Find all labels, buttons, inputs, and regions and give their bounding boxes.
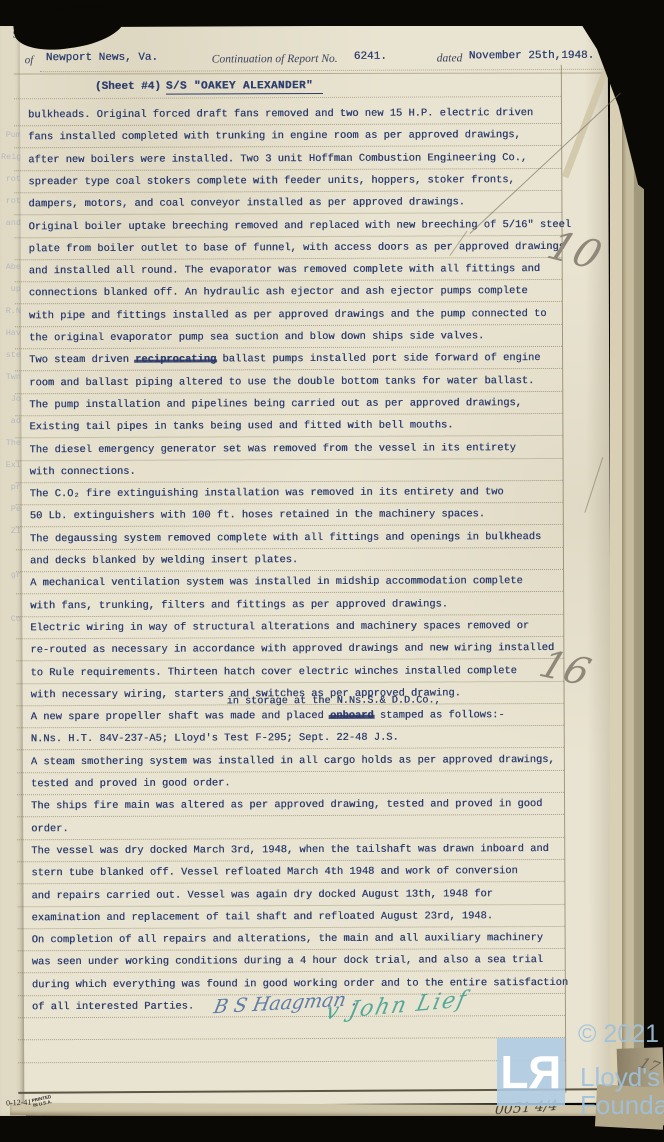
header-dated-label: dated	[437, 52, 463, 64]
typed-line: The C.O₂ fire extinguishing installation…	[16, 482, 563, 505]
sheet-title: (Sheet #4) S/S "OAKEY ALEXANDER"	[20, 79, 608, 82]
typed-line: fans installed completed with trunking i…	[14, 125, 561, 148]
typed-line: The ships fire main was altered as per a…	[17, 794, 564, 817]
typed-line: and decks blanked by welding insert plat…	[16, 549, 563, 572]
page-stack-edge	[622, 28, 634, 1110]
typed-line: Existing tail pipes in tanks being used …	[15, 415, 562, 438]
typed-line: with connections.	[16, 460, 563, 483]
typed-line: Electric wiring in way of structural alt…	[16, 616, 563, 639]
typed-line: The pump installation and pipelines bein…	[15, 393, 562, 416]
typed-line: A steam smothering system was installed …	[17, 750, 564, 773]
document-page: 9a. of Newport News, Va. Continuation of…	[20, 25, 613, 1106]
header-of-label: of	[25, 54, 34, 66]
struck-text: reciprocating	[135, 354, 216, 366]
lloyds-register-logo: L R	[497, 1038, 565, 1106]
struck-text: onboard	[330, 710, 374, 722]
typed-line: room and ballast piping altered to use t…	[15, 371, 562, 394]
typed-line: order.	[17, 817, 564, 840]
typed-line: tested and proved in good order.	[17, 772, 564, 795]
typed-line: bulkheads. Original forced draft fans re…	[14, 103, 561, 126]
print-code: 0-12-41	[6, 1098, 32, 1108]
typed-line	[18, 1017, 565, 1040]
typed-line: The diesel emergency generator set was r…	[15, 437, 562, 460]
header-continuation-label: Continuation of Report No.	[212, 53, 338, 66]
typed-line: connections blanked off. An hydraulic as…	[15, 281, 562, 304]
logo-letter-r: R	[528, 1038, 561, 1106]
typed-line: in storage at the N.Ns.S.& D.D.Co.,A new…	[17, 705, 564, 728]
typed-line: N.Ns. H.T. 84V-237-A5; Lloyd's Test F-29…	[17, 727, 564, 750]
typed-line: was seen under working conditions during…	[18, 950, 565, 973]
sheet-top-edge-line	[14, 72, 614, 74]
typed-insert: in storage at the N.Ns.S.& D.D.Co.,	[227, 697, 441, 708]
typed-line: with pipe and fittings installed as per …	[15, 304, 562, 327]
page-stack-edge	[610, 28, 622, 1110]
header-date: November 25th,1948.	[469, 50, 594, 63]
typed-line: to Rule requirements. Thirteen hatch cov…	[16, 660, 563, 683]
typed-line: with fans, trunking, filters and fitting…	[16, 594, 563, 617]
ship-name: S/S "OAKEY ALEXANDER"	[166, 80, 323, 95]
watermark-line1: Lloyd's Register	[580, 1062, 664, 1093]
typed-line: On completion of all repairs and alterat…	[18, 928, 565, 951]
typed-line: The degaussing system removed complete w…	[16, 527, 563, 550]
typed-line: plate from boiler outlet to base of funn…	[15, 237, 562, 260]
typed-line	[18, 1040, 565, 1063]
typed-line: Original boiler uptake breeching removed…	[14, 214, 561, 237]
typed-line: stern tube blanked off. Vessel refloated…	[17, 861, 564, 884]
typed-line: examination and replacement of tail shaf…	[17, 906, 564, 929]
photo-border-right	[644, 0, 664, 1142]
title-ruled-line	[14, 96, 561, 99]
watermark-line2: Foundation	[580, 1090, 664, 1121]
sheet-number: (Sheet #4)	[95, 81, 161, 93]
typed-line: spreader type coal stokers complete with…	[14, 170, 561, 193]
typed-line: dampers, motors, and coal conveyor insta…	[14, 192, 561, 215]
typed-line: 50 Lb. extinguishers with 100 ft. hoses …	[16, 504, 563, 527]
watermark-copyright: © 2021	[578, 1020, 659, 1049]
header-report-number: 6241.	[354, 51, 387, 63]
typed-line: and repairs carried out. Vessel was agai…	[17, 883, 564, 906]
typed-line: Two steam driven reciprocating ballast p…	[15, 348, 562, 371]
typed-line: re-routed as necessary in accordance wit…	[16, 638, 563, 661]
photo-background: PumReigrotrotandAbeupR.NHavsteTwnJoadThe…	[0, 0, 664, 1142]
typed-line: and installed all round. The evaporator …	[15, 259, 562, 282]
typed-line: after new boilers were installed. Two 3 …	[14, 148, 561, 171]
typed-line: The vessel was dry docked March 3rd, 194…	[17, 839, 564, 862]
typed-line: the original evaporator pump sea suction…	[15, 326, 562, 349]
photo-border-bottom	[0, 1116, 664, 1142]
header-location: Newport News, Va.	[46, 52, 158, 64]
logo-letter-l: L	[500, 1038, 528, 1106]
typed-line: A mechanical ventilation system was inst…	[16, 571, 563, 594]
page-stack-edge	[634, 28, 644, 1110]
